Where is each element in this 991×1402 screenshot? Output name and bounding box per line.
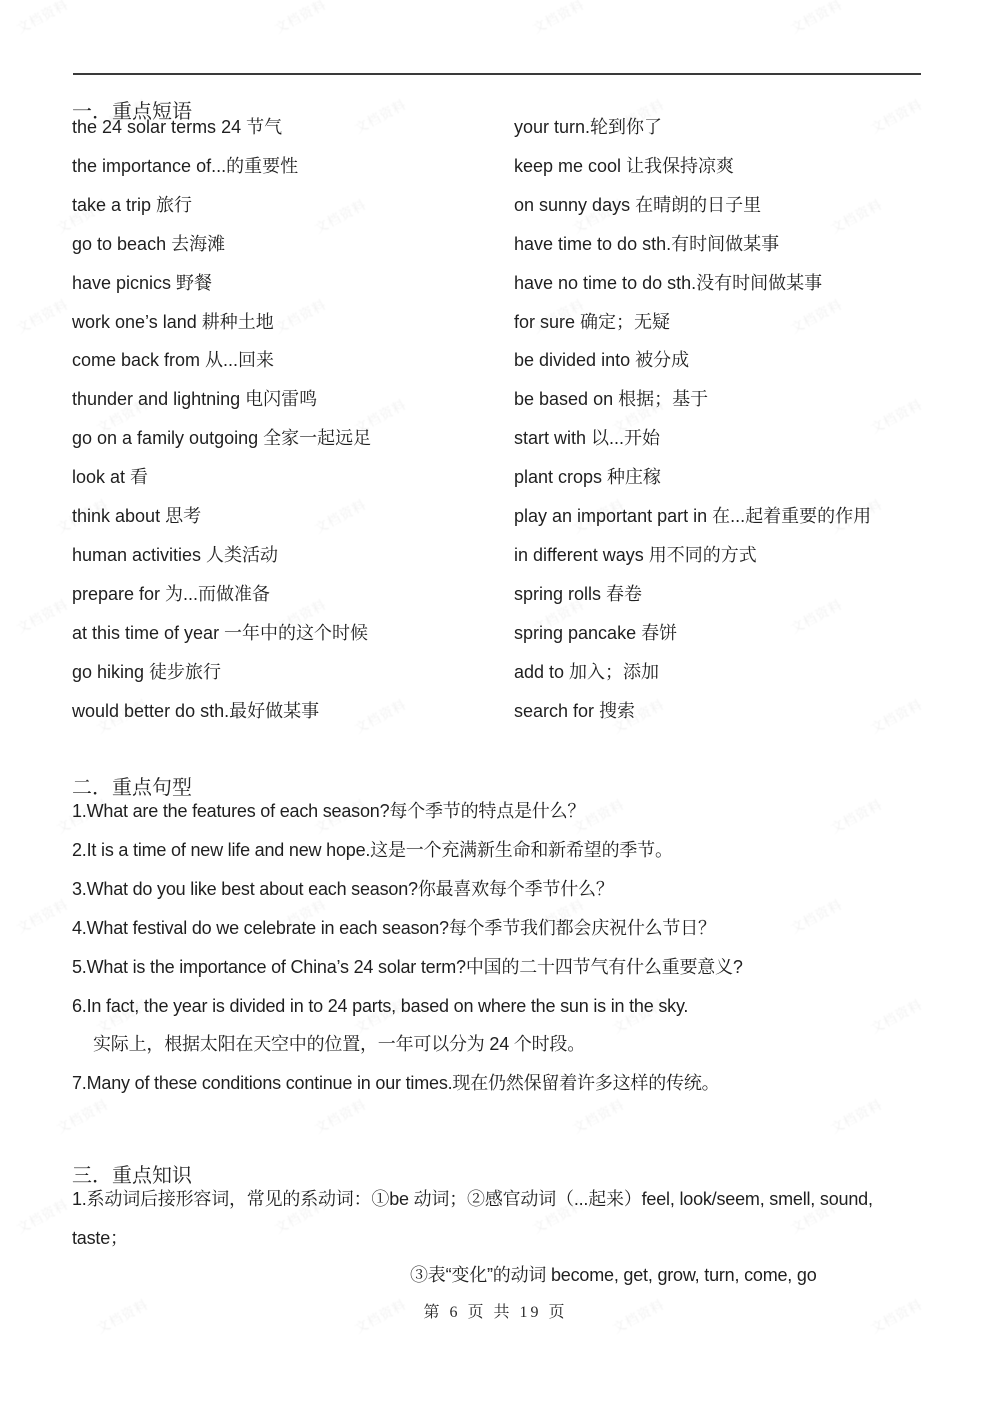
watermark-text: 文档资料	[271, 0, 329, 37]
watermark-text: 文档资料	[13, 294, 71, 337]
phrase-item: be based on 根据；基于	[514, 380, 871, 419]
sentence-item: 7.Many of these conditions continue in o…	[72, 1064, 743, 1103]
phrase-item: spring pancake 春饼	[514, 614, 871, 653]
phrase-item: start with 以...开始	[514, 419, 871, 458]
sentence-item: 1.What are the features of each season?每…	[72, 792, 743, 831]
phrase-item: in different ways 用不同的方式	[514, 536, 871, 575]
phrase-item: be divided into 被分成	[514, 341, 871, 380]
watermark-text: 文档资料	[827, 1094, 885, 1137]
watermark-text: 文档资料	[529, 0, 587, 37]
phrase-list-right: your turn.轮到你了keep me cool 让我保持凉爽on sunn…	[514, 108, 871, 731]
watermark-text: 文档资料	[867, 394, 925, 437]
phrase-item: have time to do sth.有时间做某事	[514, 225, 871, 264]
watermark-text: 文档资料	[867, 94, 925, 137]
top-horizontal-rule	[73, 73, 921, 75]
sentence-item: 5.What is the importance of China’s 24 s…	[72, 948, 743, 987]
phrase-item: look at 看	[72, 458, 371, 497]
phrase-item: go on a family outgoing 全家一起远足	[72, 419, 371, 458]
phrase-item: play an important part in 在...起着重要的作用	[514, 497, 871, 536]
knowledge-change-verbs-line: ③表“变化”的动词 become, get, grow, turn, come,…	[410, 1261, 817, 1289]
page-number: 第 6 页 共 19 页	[0, 1300, 991, 1326]
sentence-item: 3.What do you like best about each seaso…	[72, 870, 743, 909]
watermark-text: 文档资料	[13, 0, 71, 37]
watermark-text: 文档资料	[13, 894, 71, 937]
watermark-text: 文档资料	[787, 0, 845, 37]
phrase-item: keep me cool 让我保持凉爽	[514, 147, 871, 186]
phrase-item: have no time to do sth.没有时间做某事	[514, 264, 871, 303]
phrase-item: thunder and lightning 电闪雷鸣	[72, 380, 371, 419]
watermark-text: 文档资料	[13, 594, 71, 637]
watermark-text: 文档资料	[867, 694, 925, 737]
phrase-item: the 24 solar terms 24 节气	[72, 108, 371, 147]
phrase-item: go to beach 去海滩	[72, 225, 371, 264]
knowledge-list: 1.系动词后接形容词，常见的系动词：①be 动词；②感官动词（...起来）fee…	[72, 1180, 873, 1258]
phrase-item: on sunny days 在晴朗的日子里	[514, 186, 871, 225]
phrase-item: human activities 人类活动	[72, 536, 371, 575]
phrase-item: plant crops 种庄稼	[514, 458, 871, 497]
phrase-item: your turn.轮到你了	[514, 108, 871, 147]
phrase-item: would better do sth.最好做某事	[72, 692, 371, 731]
phrase-item: search for 搜索	[514, 692, 871, 731]
sentence-item: 2.It is a time of new life and new hope.…	[72, 831, 743, 870]
phrase-item: at this time of year 一年中的这个时候	[72, 614, 371, 653]
phrase-item: think about 思考	[72, 497, 371, 536]
phrase-item: the importance of...的重要性	[72, 147, 371, 186]
watermark-text: 文档资料	[13, 1194, 71, 1237]
knowledge-item: 1.系动词后接形容词，常见的系动词：①be 动词；②感官动词（...起来）fee…	[72, 1180, 873, 1219]
phrase-item: add to 加入；添加	[514, 653, 871, 692]
phrase-item: spring rolls 春卷	[514, 575, 871, 614]
phrase-item: go hiking 徒步旅行	[72, 653, 371, 692]
watermark-text: 文档资料	[867, 994, 925, 1037]
document-page: 文档资料文档资料文档资料文档资料文档资料文档资料文档资料文档资料文档资料文档资料…	[0, 0, 991, 1402]
sentence-item: 4.What festival do we celebrate in each …	[72, 909, 743, 948]
sentence-list: 1.What are the features of each season?每…	[72, 792, 743, 1103]
phrase-item: have picnics 野餐	[72, 264, 371, 303]
sentence-item: 6.In fact, the year is divided in to 24 …	[72, 987, 743, 1026]
sentence-item: 实际上，根据太阳在天空中的位置，一年可以分为 24 个时段。	[72, 1025, 743, 1064]
knowledge-item: taste；	[72, 1219, 873, 1258]
phrase-item: come back from 从...回来	[72, 341, 371, 380]
watermark-text: 文档资料	[827, 794, 885, 837]
phrase-item: work one’s land 耕种土地	[72, 303, 371, 342]
phrase-item: prepare for 为...而做准备	[72, 575, 371, 614]
watermark-text: 文档资料	[787, 894, 845, 937]
phrase-item: take a trip 旅行	[72, 186, 371, 225]
phrase-item: for sure 确定；无疑	[514, 303, 871, 342]
phrase-list-left: the 24 solar terms 24 节气the importance o…	[72, 108, 371, 731]
